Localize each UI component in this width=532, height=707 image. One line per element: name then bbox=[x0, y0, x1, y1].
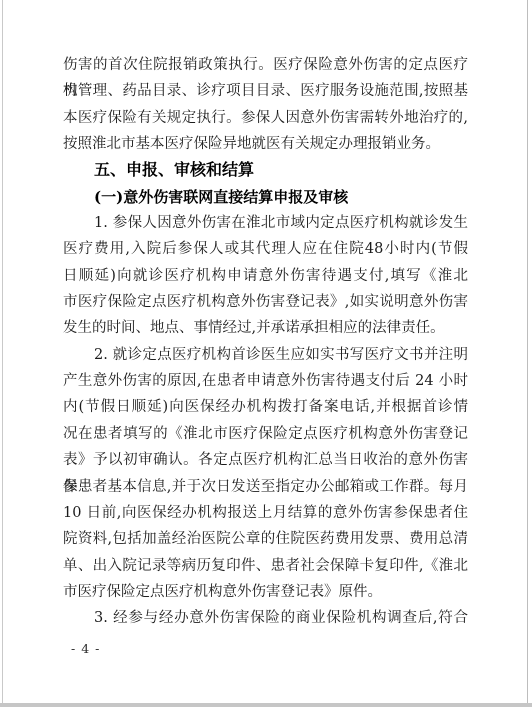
document-page: 伤害的首次住院报销政策执行。医疗保险意外伤害的定点医疗机构管理、药品目录、诊疗项… bbox=[0, 0, 532, 707]
document-body: 伤害的首次住院报销政策执行。医疗保险意外伤害的定点医疗机构管理、药品目录、诊疗项… bbox=[63, 52, 468, 632]
page-number: - 4 - bbox=[71, 641, 100, 656]
text-line-11: 发生的时间、地点、事情经过,并承诺承担相应的法律责任。 bbox=[63, 315, 468, 341]
text-line-4: 按照淮北市基本医疗保险异地就医有关规定办理报销业务。 bbox=[63, 131, 468, 157]
text-line-7: 1. 参保人因意外伤害在淮北市域内定点医疗机构就诊发生 bbox=[63, 210, 468, 236]
text-line-20: 单、出入院记录等病历复印件、患者社会保障卡复印件,《淮北 bbox=[63, 553, 468, 579]
text-line-15: 况在患者填写的《淮北市医疗保险定点医疗机构意外伤害登记 bbox=[63, 421, 468, 447]
text-line-6: (一)意外伤害联网直接结算申报及审核 bbox=[63, 184, 468, 210]
page-right-edge bbox=[527, 0, 528, 707]
page-bottom-edge bbox=[0, 703, 532, 707]
text-line-13: 产生意外伤害的原因,在患者申请意外伤害待遇支付后 24 小时 bbox=[63, 368, 468, 394]
text-line-14: 内(节假日顺延)向医保经办机构拨打备案电话,并根据首诊情 bbox=[63, 394, 468, 420]
text-line-1: 伤害的首次住院报销政策执行。医疗保险意外伤害的定点医疗机 bbox=[63, 52, 468, 78]
text-line-17: 保患者基本信息,并于次日发送至指定办公邮箱或工作群。每月 bbox=[63, 474, 468, 500]
text-line-8: 医疗费用,入院后参保人或其代理人应在住院48小时内(节假 bbox=[63, 236, 468, 262]
text-line-5: 五、申报、审核和结算 bbox=[63, 157, 468, 183]
text-line-16: 表》予以初审确认。各定点医疗机构汇总当日收治的意外伤害参 bbox=[63, 447, 468, 473]
text-line-19: 院资料,包括加盖经治医院公章的住院医药费用发票、费用总清 bbox=[63, 526, 468, 552]
text-line-12: 2. 就诊定点医疗机构首诊医生应如实书写医疗文书并注明 bbox=[63, 342, 468, 368]
text-line-22: 3. 经参与经办意外伤害保险的商业保险机构调查后,符合 bbox=[63, 605, 468, 631]
text-line-2: 构管理、药品目录、诊疗项目目录、医疗服务设施范围,按照基 bbox=[63, 78, 468, 104]
page-left-edge bbox=[2, 0, 3, 707]
text-line-18: 10 日前,向医保经办机构报送上月结算的意外伤害参保患者住 bbox=[63, 500, 468, 526]
text-line-3: 本医疗保险有关规定执行。参保人因意外伤害需转外地治疗的, bbox=[63, 105, 468, 131]
text-line-21: 市医疗保险定点医疗机构意外伤害登记表》原件。 bbox=[63, 579, 468, 605]
text-line-10: 市医疗保险定点医疗机构意外伤害登记表》,如实说明意外伤害 bbox=[63, 289, 468, 315]
text-line-9: 日顺延)向就诊医疗机构申请意外伤害待遇支付,填写《淮北 bbox=[63, 263, 468, 289]
